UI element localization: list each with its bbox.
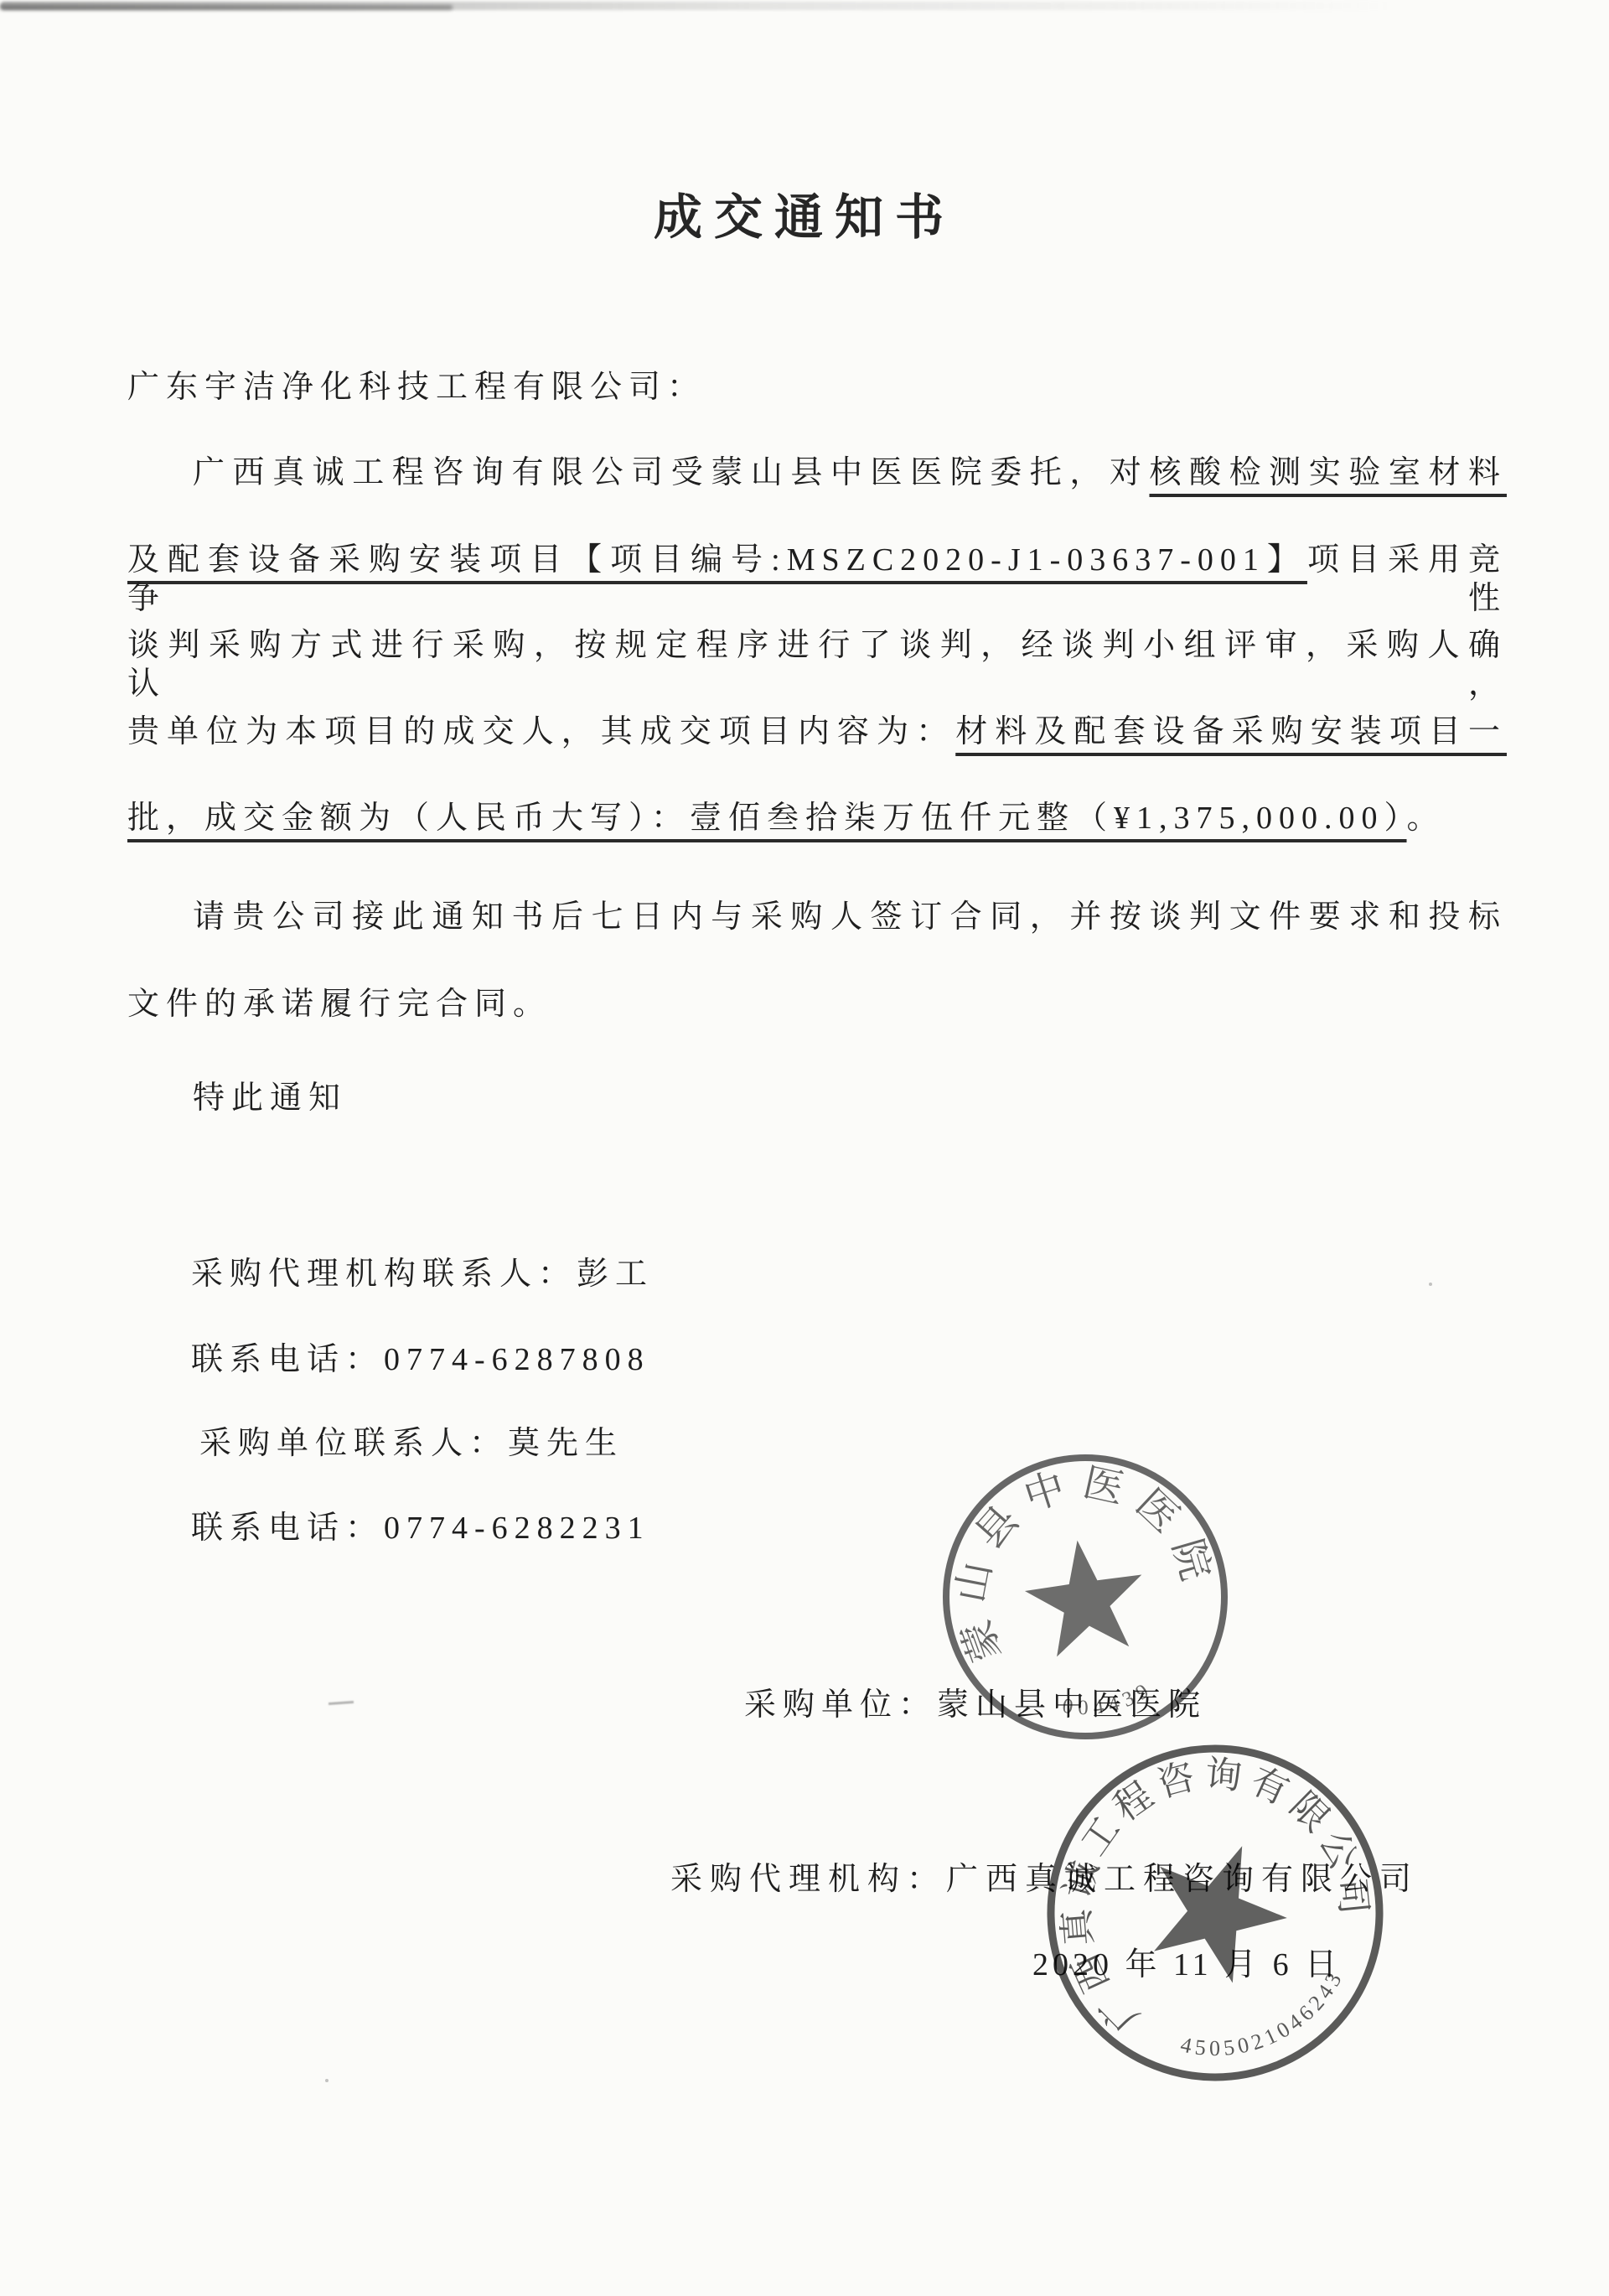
contact-line-agency-person: 采购代理机构联系人：彭工 xyxy=(191,1256,654,1294)
body-line: 贵单位为本项目的成交人，其成交项目内容为：材料及配套设备采购安装项目一 xyxy=(127,713,1507,752)
text-segment: 广西真诚工程咨询有限公司受蒙山县中医医院委托，对 xyxy=(193,455,1149,490)
text-segment: 谈判采购方式进行采购，按规定程序进行了谈判，经谈判小组评审，采购人确认， xyxy=(127,628,1507,702)
closing-line: 特此通知 xyxy=(193,1080,347,1118)
scan-speck xyxy=(1429,1283,1432,1286)
text-segment: 。 xyxy=(1407,801,1446,836)
scan-artifact-dash xyxy=(329,1701,354,1705)
star-icon xyxy=(1019,1532,1151,1660)
text-segment: 联系电话：0774-6287808 xyxy=(191,1342,650,1377)
text-segment: 特此通知 xyxy=(193,1081,347,1116)
text-segment: 广东宇洁净化科技工程有限公司： xyxy=(127,370,706,405)
underlined-text: 及配套设备采购安装项目【项目编号:MSZC2020-J1-03637-001】 xyxy=(127,542,1307,578)
body-line-amount: 批，成交金额为（人民币大写）：壹佰叁拾柒万伍仟元整（¥1,375,000.00）… xyxy=(127,800,1446,838)
scan-speck xyxy=(325,2079,329,2082)
body-line: 文件的承诺履行完合同。 xyxy=(127,986,551,1024)
contact-line-purchaser-person: 采购单位联系人：莫先生 xyxy=(199,1425,623,1464)
text-segment: 请贵公司接此通知书后七日内与采购人签订合同，并按谈判文件要求和投标 xyxy=(193,899,1507,935)
body-line: 及配套设备采购安装项目【项目编号:MSZC2020-J1-03637-001】项… xyxy=(127,542,1507,618)
body-line: 广西真诚工程咨询有限公司受蒙山县中医医院委托，对核酸检测实验室材料 xyxy=(127,454,1507,493)
star-icon xyxy=(1130,1821,1306,1993)
document-page: 成交通知书 广东宇洁净化科技工程有限公司： 广西真诚工程咨询有限公司受蒙山县中医… xyxy=(0,0,1609,2296)
underlined-text: 核酸检测实验室材料 xyxy=(1149,455,1507,490)
scan-artifact-top-smudge-dark xyxy=(0,5,453,10)
text-segment: 文件的承诺履行完合同。 xyxy=(127,987,551,1022)
text-segment: 采购代理机构联系人：彭工 xyxy=(191,1257,654,1292)
contact-line-purchaser-phone: 联系电话：0774-6282231 xyxy=(191,1510,650,1548)
recipient-line: 广东宇洁净化科技工程有限公司： xyxy=(127,369,706,407)
text-segment: 联系电话：0774-6282231 xyxy=(191,1511,650,1546)
document-title: 成交通知书 xyxy=(0,178,1609,248)
text-segment: 采购单位联系人：莫先生 xyxy=(199,1426,623,1461)
hospital-stamp: 蒙山县中医医院 004439 xyxy=(926,1438,1244,1756)
agency-stamp: 广西真诚工程咨询有限公司 4505021046243 xyxy=(1035,1733,1395,2093)
contact-line-agency-phone: 联系电话：0774-6287808 xyxy=(191,1341,650,1380)
body-line: 谈判采购方式进行采购，按规定程序进行了谈判，经谈判小组评审，采购人确认， xyxy=(127,627,1507,703)
text-segment: 贵单位为本项目的成交人，其成交项目内容为： xyxy=(127,714,955,749)
underlined-text: 材料及配套设备采购安装项目一 xyxy=(955,714,1507,749)
underlined-text: 批，成交金额为（人民币大写）：壹佰叁拾柒万伍仟元整（¥1,375,000.00） xyxy=(127,801,1407,836)
body-line: 请贵公司接此通知书后七日内与采购人签订合同，并按谈判文件要求和投标 xyxy=(127,899,1507,937)
